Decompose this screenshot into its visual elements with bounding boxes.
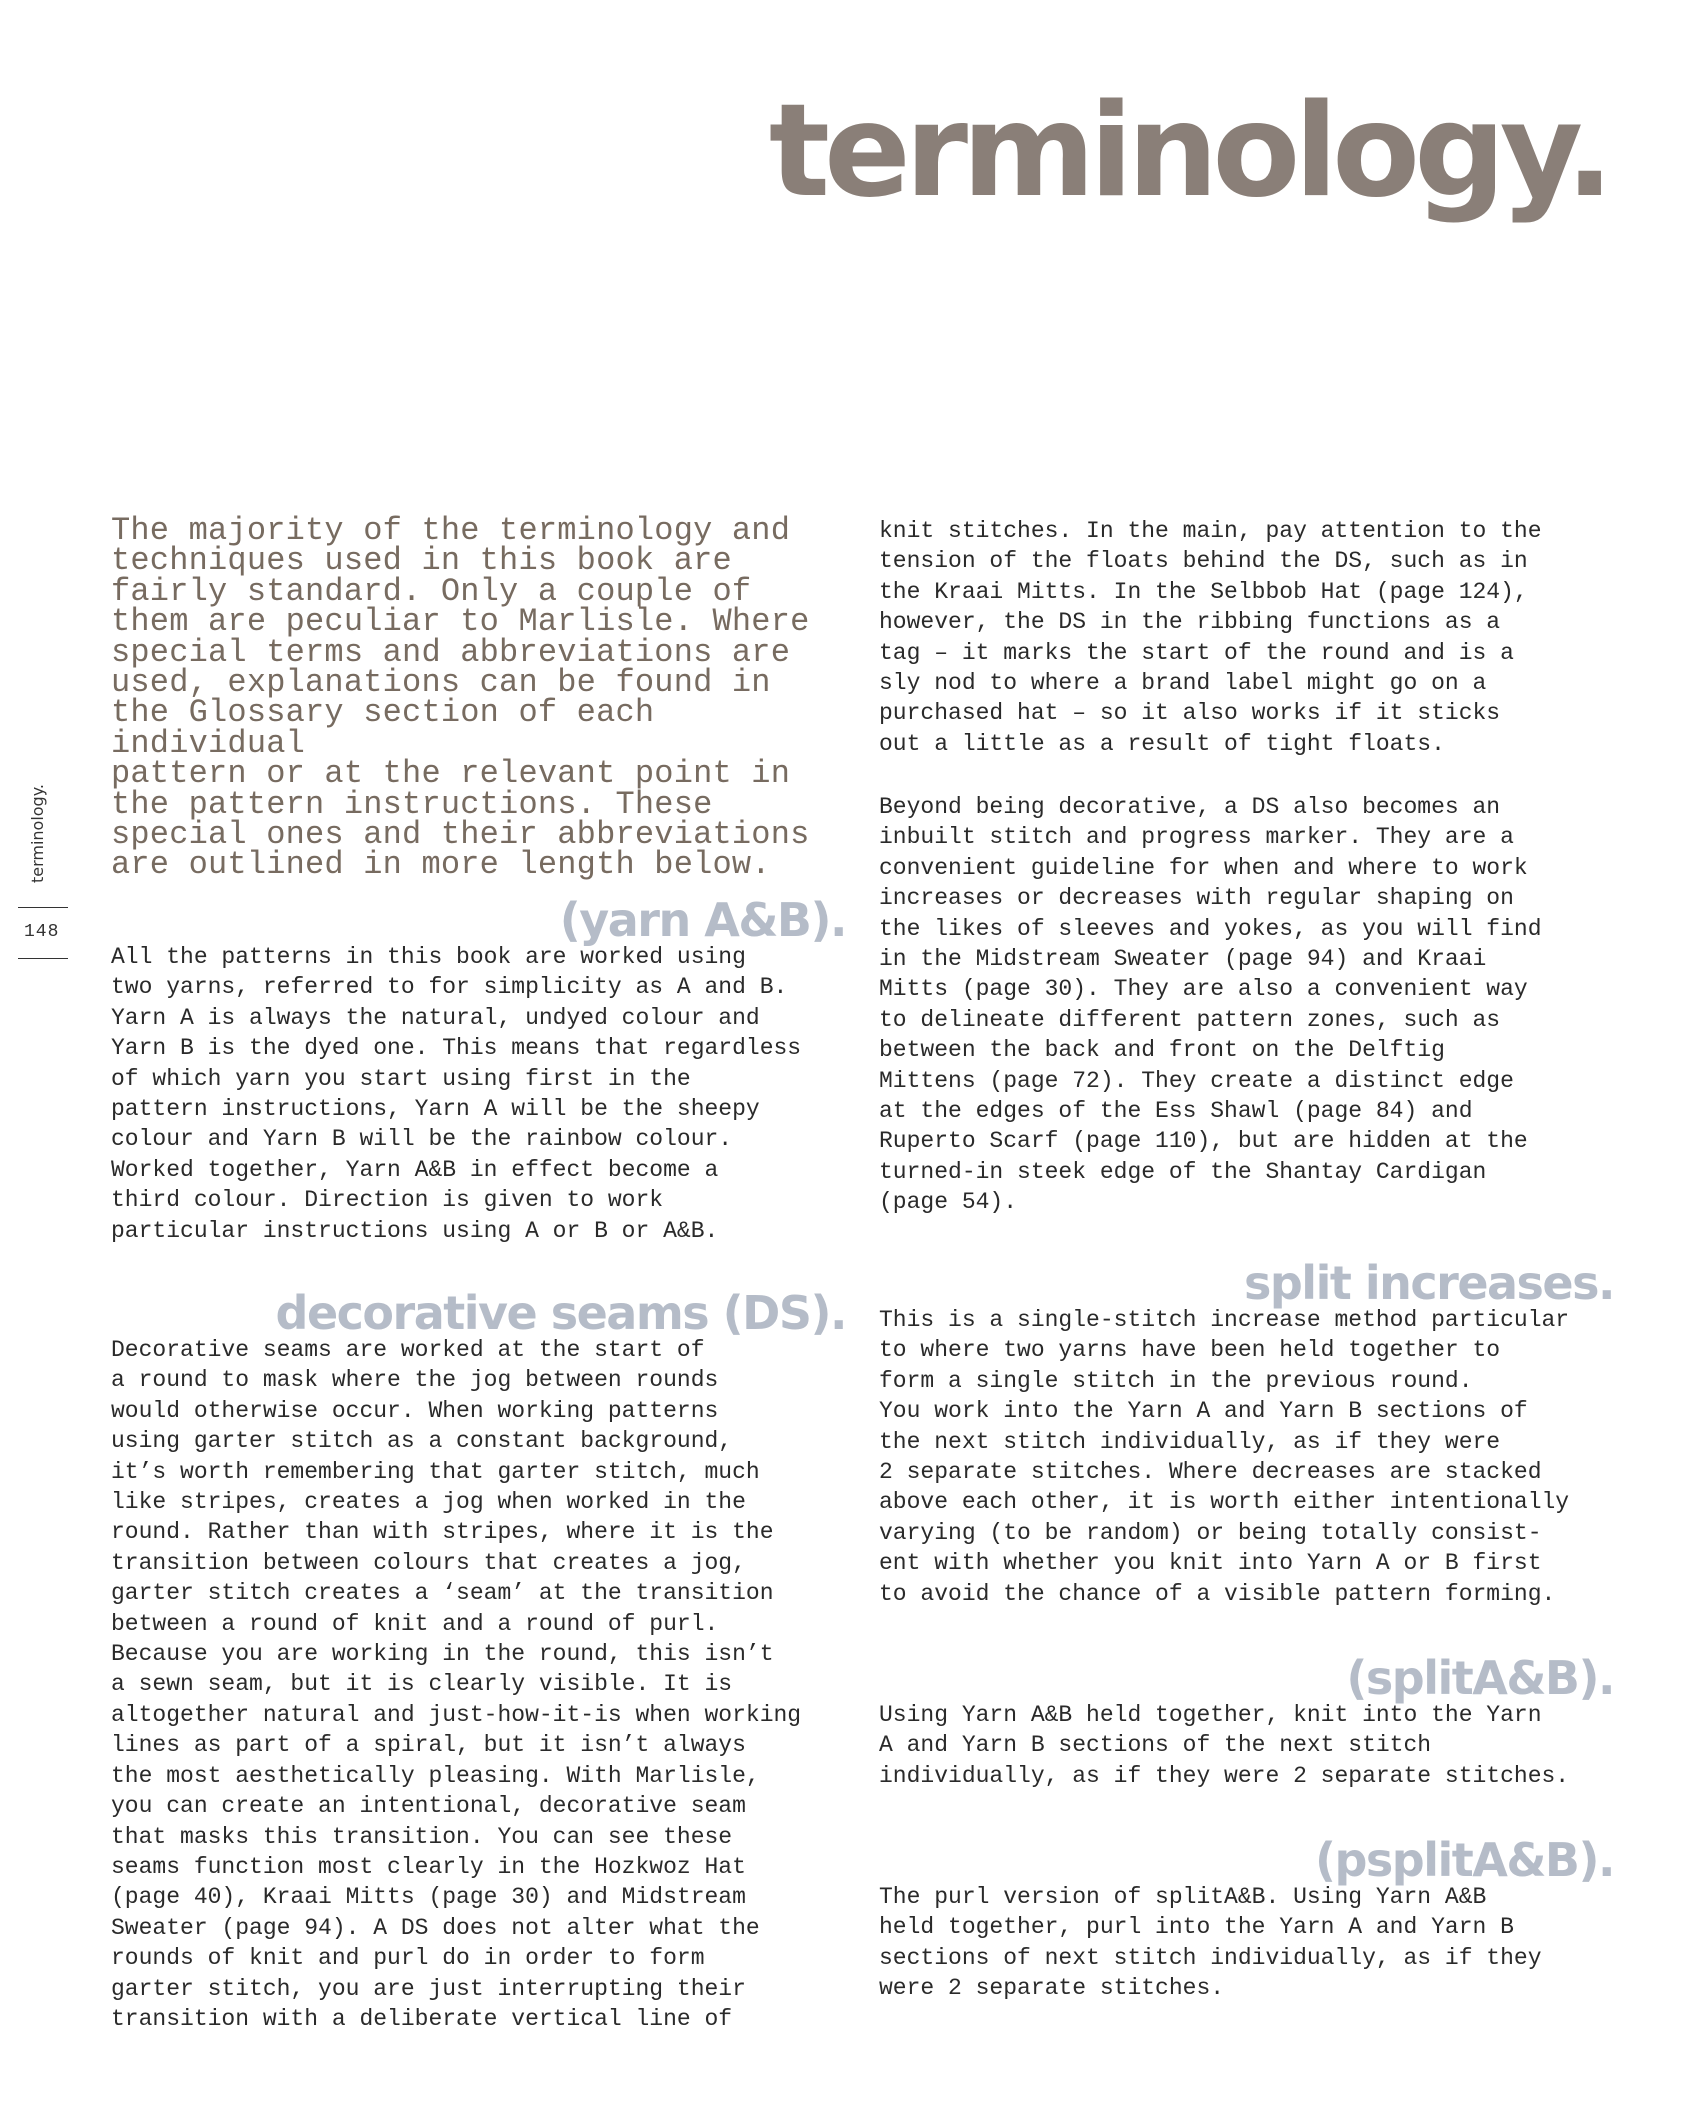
intro-paragraph: The majority of the terminology and tech… <box>111 516 846 881</box>
section-heading: decorative seams (DS). <box>111 1291 846 1335</box>
section-body: The purl version of splitA&B. Using Yarn… <box>879 1882 1614 2004</box>
section-heading: (yarn A&B). <box>111 898 846 942</box>
section-body: Decorative seams are worked at the start… <box>111 1335 846 2034</box>
right-column: knit stitches. In the main, pay attentio… <box>879 516 1614 759</box>
side-section-label: terminology. <box>28 784 47 883</box>
section-body: This is a single-stitch increase method … <box>879 1305 1614 1609</box>
section-body: All the patterns in this book are worked… <box>111 942 846 1246</box>
section-split-increases: split increases. This is a single-stitch… <box>879 1261 1614 1609</box>
divider <box>18 958 68 959</box>
section-split-ab: (splitA&B). Using Yarn A&B held together… <box>879 1656 1614 1791</box>
section-yarn-ab: (yarn A&B). All the patterns in this boo… <box>111 898 846 1246</box>
continued-paragraph-2: Beyond being decorative, a DS also becom… <box>879 792 1614 1218</box>
section-body: Using Yarn A&B held together, knit into … <box>879 1700 1614 1791</box>
page-title: terminology. <box>769 88 1608 216</box>
section-decorative-seams: decorative seams (DS). Decorative seams … <box>111 1291 846 2034</box>
section-heading: (psplitA&B). <box>879 1838 1614 1882</box>
section-heading: (splitA&B). <box>879 1656 1614 1700</box>
left-column: The majority of the terminology and tech… <box>111 516 846 881</box>
side-tab: terminology. 148 <box>18 780 72 965</box>
divider <box>18 907 68 908</box>
page-number: 148 <box>24 922 59 942</box>
section-psplit-ab: (psplitA&B). The purl version of splitA&… <box>879 1838 1614 2004</box>
section-heading: split increases. <box>879 1261 1614 1305</box>
continued-paragraph: knit stitches. In the main, pay attentio… <box>879 516 1614 759</box>
